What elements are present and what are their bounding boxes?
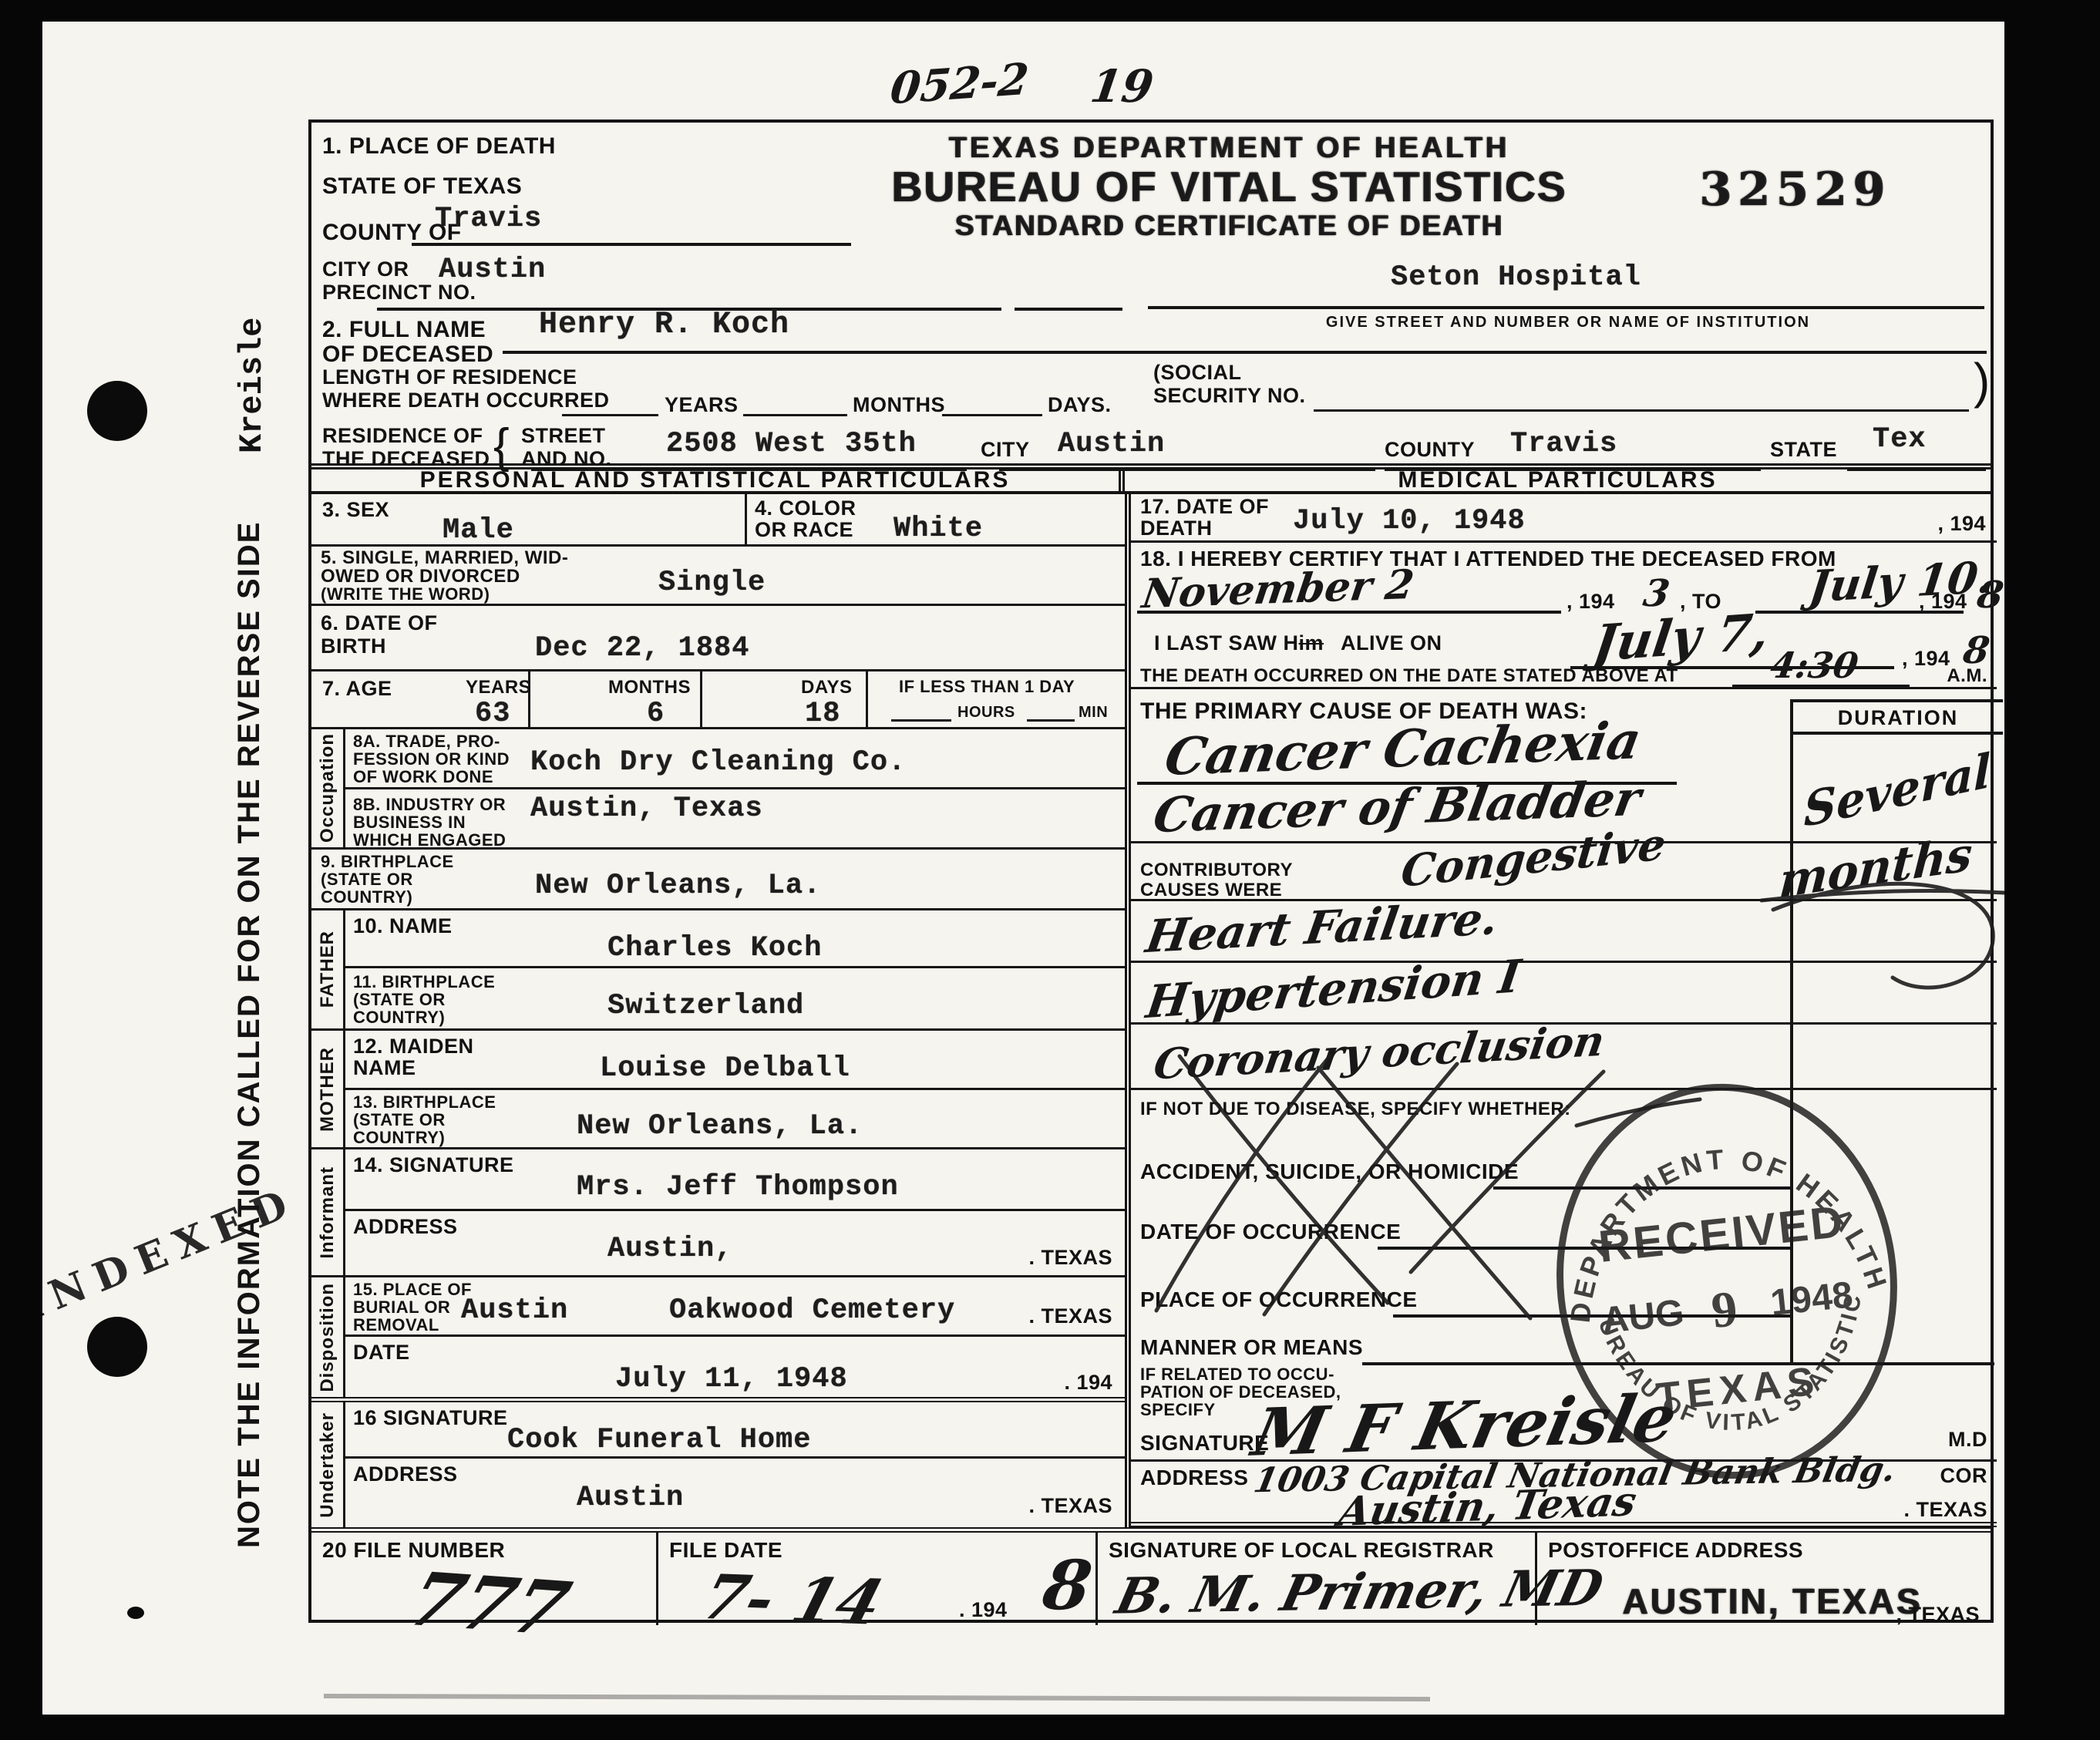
age-months-value: 6 [647, 698, 665, 730]
sex-cell: 3. SEX Male [311, 494, 747, 544]
undertaker-rows: 16 SIGNATURE Cook Funeral Home ADDRESS A… [345, 1402, 1125, 1527]
institution-value: Seton Hospital [1391, 261, 1641, 294]
undertaker-address-label: ADDRESS [353, 1463, 458, 1486]
stamp-month-text: AUG [1600, 1292, 1686, 1341]
burial-label-2: BURIAL OR [353, 1298, 450, 1317]
section-band: PERSONAL AND STATISTICAL PARTICULARS MED… [311, 463, 1991, 494]
footer-band: 20 FILE NUMBER 777 FILE DATE 7- 14 . 194… [311, 1527, 1991, 1625]
occupation-rows: 8A. TRADE, PRO- FESSION OR KIND OF WORK … [345, 729, 1125, 847]
dob-value: Dec 22, 1884 [535, 632, 749, 665]
row-father-birthplace: 11. BIRTHPLACE (STATE OR COUNTRY) Switze… [345, 968, 1125, 1031]
days-label: DAYS. [1048, 394, 1112, 417]
file-date-194: . 194 [959, 1599, 1008, 1622]
row-marital: 5. SINGLE, MARRIED, WID- OWED OR DIVORCE… [311, 547, 1125, 606]
death-time-value: 4:30 [1768, 645, 1861, 686]
institution-hint: GIVE STREET AND NUMBER OR NAME OF INSTIT… [1221, 314, 1915, 331]
disposition-rail-label: Disposition [317, 1283, 338, 1392]
place-occurrence-label: PLACE OF OCCURRENCE [1140, 1288, 1418, 1312]
maiden-label-1: 12. MAIDEN [353, 1035, 474, 1058]
street-value: 2508 West 35th [666, 428, 917, 460]
father-name-label: 10. NAME [353, 915, 453, 938]
age-less-label: IF LESS THAN 1 DAY [899, 678, 1075, 696]
dod-label-2: DEATH [1140, 517, 1213, 540]
certificate-paper: Kreisle NOTE THE INFORMATION CALLED FOR … [42, 22, 2004, 1715]
hours-underline [891, 719, 951, 722]
physician-city-texas: . TEXAS [1903, 1499, 1987, 1522]
bottom-smudge-line [324, 1696, 1430, 1699]
last-saw-struck: im [1299, 631, 1324, 655]
row-trade: 8A. TRADE, PRO- FESSION OR KIND OF WORK … [345, 729, 1125, 789]
burial-date-value: July 11, 1948 [615, 1363, 848, 1395]
res-city-label: CITY [981, 439, 1030, 462]
attended-from-year: 3 [1641, 572, 1672, 615]
informant-address-label: ADDRESS [353, 1216, 458, 1239]
disposition-rows: 15. PLACE OF BURIAL OR REMOVAL Austin Oa… [345, 1277, 1125, 1397]
father-rail-label: FATHER [317, 931, 338, 1008]
row-industry: 8B. INDUSTRY OR BUSINESS IN WHICH ENGAGE… [345, 789, 1125, 850]
attended-from-value: November 2 [1139, 561, 1417, 618]
state-of-texas-label: STATE OF TEXAS [322, 173, 522, 199]
father-bp-label-1: 11. BIRTHPLACE [353, 973, 495, 991]
birthplace-label-3: COUNTRY) [321, 888, 412, 907]
color-label-2: OR RACE [755, 519, 853, 542]
physician-address-label: ADDRESS [1140, 1466, 1248, 1490]
row-father-name: 10. NAME Charles Koch [345, 910, 1125, 968]
sex-label: 3. SEX [322, 499, 389, 522]
occu-label-1: IF RELATED TO OCCU- [1140, 1365, 1334, 1384]
hole-punch-bottom [87, 1317, 147, 1377]
age-days-label: DAYS [801, 678, 852, 698]
marital-label-3: (WRITE THE WORD) [321, 585, 490, 604]
certificate-title: STANDARD CERTIFICATE OF DEATH [789, 210, 1668, 242]
fullname-underline [503, 351, 1987, 354]
mother-bp-label-3: COUNTRY) [353, 1129, 445, 1147]
min-underline [1027, 719, 1075, 722]
industry-label-3: WHICH ENGAGED [353, 831, 506, 850]
social-label-1: (SOCIAL [1153, 362, 1242, 385]
attended-to-year: 8 [1974, 574, 2004, 617]
received-stamp: DEPARTMENT OF HEALTH BUREAU OF VITAL STA… [1525, 1054, 1929, 1509]
row-birthplace: 9. BIRTHPLACE (STATE OR COUNTRY) New Orl… [311, 850, 1125, 910]
months-underline [743, 414, 847, 416]
accident-label: ACCIDENT, SUICIDE, OR HOMICIDE [1140, 1160, 1519, 1184]
informant-rows: 14. SIGNATURE Mrs. Jeff Thompson ADDRESS… [345, 1149, 1125, 1275]
last-saw-value: July 7, [1590, 603, 1773, 674]
undertaker-signature-label: 16 SIGNATURE [353, 1407, 508, 1430]
postoffice-cell: POSTOFFICE ADDRESS AUSTIN, TEXAS , TEXAS [1537, 1533, 1991, 1625]
color-cell: 4. COLOR OR RACE White [747, 494, 1125, 544]
father-rows: 10. NAME Charles Koch 11. BIRTHPLACE (ST… [345, 910, 1125, 1028]
file-date-value: 7- 14 [695, 1560, 891, 1638]
color-label-1: 4. COLOR [755, 497, 856, 520]
color-value: White [894, 513, 983, 545]
informant-rail-label: Informant [317, 1166, 338, 1259]
undertaker-address-value: Austin [577, 1482, 684, 1514]
fullname-label-2: OF DECEASED [322, 342, 493, 367]
postoffice-stamped-value: AUSTIN, TEXAS [1622, 1580, 1922, 1622]
maiden-value: Louise Delball [600, 1052, 850, 1085]
death-occurred-label: THE DEATH OCCURRED ON THE DATE STATED AB… [1140, 666, 1678, 686]
group-occupation: Occupation 8A. TRADE, PRO- FESSION OR KI… [311, 729, 1125, 850]
father-bp-label-2: (STATE OR [353, 991, 446, 1009]
row-mother-birthplace: 13. BIRTHPLACE (STATE OR COUNTRY) New Or… [345, 1090, 1125, 1149]
scanned-death-certificate: { "margin": { "kreisle": "Kreisle", "rev… [0, 0, 2100, 1740]
margin-name-kreisle: Kreisle [234, 207, 271, 453]
burial-label-3: REMOVAL [353, 1316, 439, 1334]
informant-address-texas: . TEXAS [1028, 1247, 1112, 1270]
row-certify: 18. I HEREBY CERTIFY THAT I ATTENDED THE… [1131, 543, 1997, 689]
dob-label-2: BIRTH [321, 635, 386, 658]
informant-signature-value: Mrs. Jeff Thompson [577, 1171, 899, 1203]
header-block: 1. PLACE OF DEATH STATE OF TEXAS TEXAS D… [311, 123, 1991, 463]
res-city-value: Austin [1058, 428, 1165, 460]
contrib-hw-2: Heart Failure. [1143, 892, 1503, 964]
certificate-number: 32529 [1699, 163, 1891, 217]
months-label: MONTHS [853, 394, 945, 417]
attended-to-value: July 10. [1806, 552, 1996, 613]
md-label: M.D [1948, 1429, 1987, 1452]
bureau-title: BUREAU OF VITAL STATISTICS [789, 165, 1668, 210]
last-saw-label-1: I LAST SAW H [1154, 631, 1299, 655]
age-months-label: MONTHS [608, 678, 691, 698]
residence-length-label-1: LENGTH OF RESIDENCE [322, 366, 577, 389]
res-county-label: COUNTY [1385, 439, 1475, 462]
mother-rows: 12. MAIDEN NAME Louise Delball 13. BIRTH… [345, 1031, 1125, 1147]
maiden-label-2: NAME [353, 1057, 416, 1080]
row-age: 7. AGE YEARS 63 MONTHS 6 DAYS 18 IF LESS… [311, 671, 1125, 729]
department-title: TEXAS DEPARTMENT OF HEALTH [789, 132, 1668, 165]
stamp-year-text: 1948 [1769, 1274, 1855, 1324]
county-underline [412, 243, 851, 246]
county-value: Travis [435, 203, 542, 235]
industry-label-1: 8B. INDUSTRY OR [353, 796, 506, 814]
burial-place-value: Oakwood Cemetery [669, 1294, 955, 1327]
institution-underline [1148, 306, 1984, 309]
dod-194: , 194 [1937, 513, 1986, 536]
city-underline-2 [1015, 308, 1122, 311]
row-undertaker-address: ADDRESS Austin . TEXAS [345, 1459, 1125, 1527]
social-underline [1314, 409, 1969, 412]
file-date-cell: FILE DATE 7- 14 . 194 8 [658, 1533, 1098, 1625]
attended-to-194: , 194 [1919, 591, 1967, 614]
file-number-value: 777 [398, 1556, 580, 1652]
residence-length-label-2: WHERE DEATH OCCURRED [322, 389, 610, 412]
stamp-day-text: 9 [1709, 1281, 1740, 1339]
row-burial-date: DATE July 11, 1948 . 194 [345, 1337, 1125, 1402]
row-burial-place: 15. PLACE OF BURIAL OR REMOVAL Austin Oa… [345, 1277, 1125, 1337]
last-saw-label: I LAST SAW Him ALIVE ON [1154, 632, 1442, 655]
medical-section-title: MEDICAL PARTICULARS [1125, 469, 1991, 491]
sex-value: Male [443, 514, 514, 547]
group-father: FATHER 10. NAME Charles Koch 11. BIRTHPL… [311, 910, 1125, 1031]
row-contrib-2: Heart Failure. [1131, 901, 1997, 963]
margin-reverse-note: NOTE THE INFORMATION CALLED FOR ON THE R… [232, 469, 267, 1548]
registrar-label: SIGNATURE OF LOCAL REGISTRAR [1109, 1539, 1494, 1563]
registrar-signature-value: B. M. Primer, MD [1110, 1559, 1608, 1625]
am-label: A.M. [1947, 666, 1987, 686]
contributory-label-1: CONTRIBUTORY [1140, 860, 1293, 880]
personal-section-title: PERSONAL AND STATISTICAL PARTICULARS [311, 469, 1125, 491]
birthplace-label-2: (STATE OR [321, 870, 413, 889]
last-saw-194: , 194 [1902, 648, 1950, 671]
mother-rail-label: MOTHER [317, 1047, 338, 1132]
last-saw-label-2: ALIVE ON [1341, 631, 1442, 655]
age-divider-2 [700, 671, 702, 729]
occupation-rail-label: Occupation [317, 733, 338, 843]
attended-from-194: , 194 [1567, 591, 1615, 614]
city-value: Austin [439, 254, 546, 286]
age-days-value: 18 [805, 698, 840, 730]
residence-label-1: RESIDENCE OF [322, 425, 483, 448]
group-informant: Informant 14. SIGNATURE Mrs. Jeff Thomps… [311, 1149, 1125, 1277]
days-underline [942, 414, 1042, 416]
father-name-value: Charles Koch [607, 932, 822, 964]
duration-box: DURATION [1790, 699, 2003, 735]
death-time-underline [1732, 685, 1910, 688]
file-date-year: 8 [1038, 1545, 1097, 1625]
burial-label-1: 15. PLACE OF [353, 1281, 472, 1299]
age-divider-3 [866, 671, 868, 729]
years-label: YEARS [665, 394, 739, 417]
occu-label-3: SPECIFY [1140, 1401, 1216, 1419]
res-county-value: Travis [1510, 428, 1617, 460]
mother-bp-label-2: (STATE OR [353, 1111, 446, 1129]
handwritten-code: 052-2 [888, 53, 1031, 114]
not-due-label: IF NOT DUE TO DISEASE, SPECIFY WHETHER: [1140, 1099, 1571, 1119]
place-of-death-label: 1. PLACE OF DEATH [322, 133, 556, 159]
informant-signature-label: 14. SIGNATURE [353, 1154, 514, 1177]
father-bp-value: Switzerland [607, 990, 804, 1022]
dod-value: July 10, 1948 [1293, 505, 1526, 537]
res-state-label: STATE [1770, 439, 1837, 462]
years-underline [562, 414, 658, 416]
postoffice-texas: , TEXAS [1896, 1604, 1980, 1627]
handwritten-page-number: 19 [1087, 60, 1156, 113]
birthplace-label-1: 9. BIRTHPLACE [321, 853, 454, 871]
fullname-value: Henry R. Koch [539, 308, 789, 342]
age-label: 7. AGE [322, 678, 392, 701]
trade-label-1: 8A. TRADE, PRO- [353, 732, 500, 751]
personal-column: 3. SEX Male 4. COLOR OR RACE White 5. SI… [311, 494, 1125, 1527]
hole-punch-top [87, 381, 147, 441]
dob-label-1: 6. DATE OF [321, 612, 438, 635]
burial-date-label: DATE [353, 1341, 410, 1365]
burial-date-194: . 194 [1064, 1371, 1112, 1395]
trade-label-3: OF WORK DONE [353, 768, 493, 786]
contributory-label-2: CAUSES WERE [1140, 880, 1282, 900]
group-mother: MOTHER 12. MAIDEN NAME Louise Delball 13… [311, 1031, 1125, 1149]
row-contrib-3: Hypertension I [1131, 963, 1997, 1025]
trade-label-2: FESSION OR KIND [353, 750, 510, 769]
informant-address-value: Austin, [607, 1233, 732, 1265]
title-block: TEXAS DEPARTMENT OF HEALTH BUREAU OF VIT… [789, 132, 1668, 242]
duration-label: DURATION [1838, 706, 1958, 729]
hours-label: HOURS [957, 704, 1015, 721]
manner-label: MANNER OR MEANS [1140, 1336, 1363, 1360]
row-informant-address: ADDRESS Austin, . TEXAS [345, 1211, 1125, 1277]
group-disposition: Disposition 15. PLACE OF BURIAL OR REMOV… [311, 1277, 1125, 1402]
row-maiden-name: 12. MAIDEN NAME Louise Delball [345, 1031, 1125, 1090]
min-label: MIN [1079, 704, 1108, 721]
attended-from-underline [1137, 611, 1561, 614]
age-years-label: YEARS [466, 678, 531, 698]
mother-bp-value: New Orleans, La. [577, 1110, 863, 1143]
row-date-of-death: 17. DATE OF DEATH July 10, 1948 , 194 [1131, 494, 1997, 543]
contrib-hw-4: Coronary occlusion [1150, 1015, 1608, 1089]
row-sex-color: 3. SEX Male 4. COLOR OR RACE White [311, 494, 1125, 547]
age-divider-1 [528, 671, 530, 729]
burial-city-value: Austin [461, 1294, 568, 1327]
father-bp-label-3: COUNTRY) [353, 1008, 445, 1027]
fullname-label-1: 2. FULL NAME [322, 317, 486, 342]
group-undertaker: Undertaker 16 SIGNATURE Cook Funeral Hom… [311, 1402, 1125, 1527]
birthplace-value: New Orleans, La. [535, 870, 821, 902]
dod-label-1: 17. DATE OF [1140, 496, 1269, 519]
row-informant-signature: 14. SIGNATURE Mrs. Jeff Thompson [345, 1149, 1125, 1211]
file-date-label: FILE DATE [669, 1539, 782, 1563]
date-occurrence-label: DATE OF OCCURRENCE [1140, 1220, 1401, 1244]
social-close-paren: ) [1974, 354, 1991, 408]
mother-bp-label-1: 13. BIRTHPLACE [353, 1093, 496, 1112]
city-label-1: CITY OR [322, 258, 409, 281]
industry-value: Austin, Texas [530, 793, 763, 825]
street-label-1: STREET [521, 425, 606, 448]
undertaker-address-texas: . TEXAS [1028, 1495, 1112, 1518]
row-physician-city: Austin, Texas . TEXAS [1131, 1494, 1997, 1527]
undertaker-signature-value: Cook Funeral Home [507, 1424, 811, 1456]
file-number-cell: 20 FILE NUMBER 777 [311, 1533, 658, 1625]
marital-value: Single [658, 567, 766, 599]
cor-label: COR [1940, 1465, 1988, 1488]
row-birth-date: 6. DATE OF BIRTH Dec 22, 1884 [311, 606, 1125, 671]
industry-label-2: BUSINESS IN [353, 813, 466, 832]
burial-texas: . TEXAS [1028, 1305, 1112, 1328]
res-state-value: Tex [1873, 423, 1927, 456]
registrar-cell: SIGNATURE OF LOCAL REGISTRAR B. M. Prime… [1098, 1533, 1537, 1625]
row-undertaker-signature: 16 SIGNATURE Cook Funeral Home [345, 1402, 1125, 1459]
trade-value: Koch Dry Cleaning Co. [530, 746, 906, 779]
undertaker-rail-label: Undertaker [317, 1412, 338, 1518]
social-label-2: SECURITY NO. [1153, 385, 1306, 408]
ink-dot [127, 1607, 144, 1619]
age-years-value: 63 [475, 698, 510, 730]
